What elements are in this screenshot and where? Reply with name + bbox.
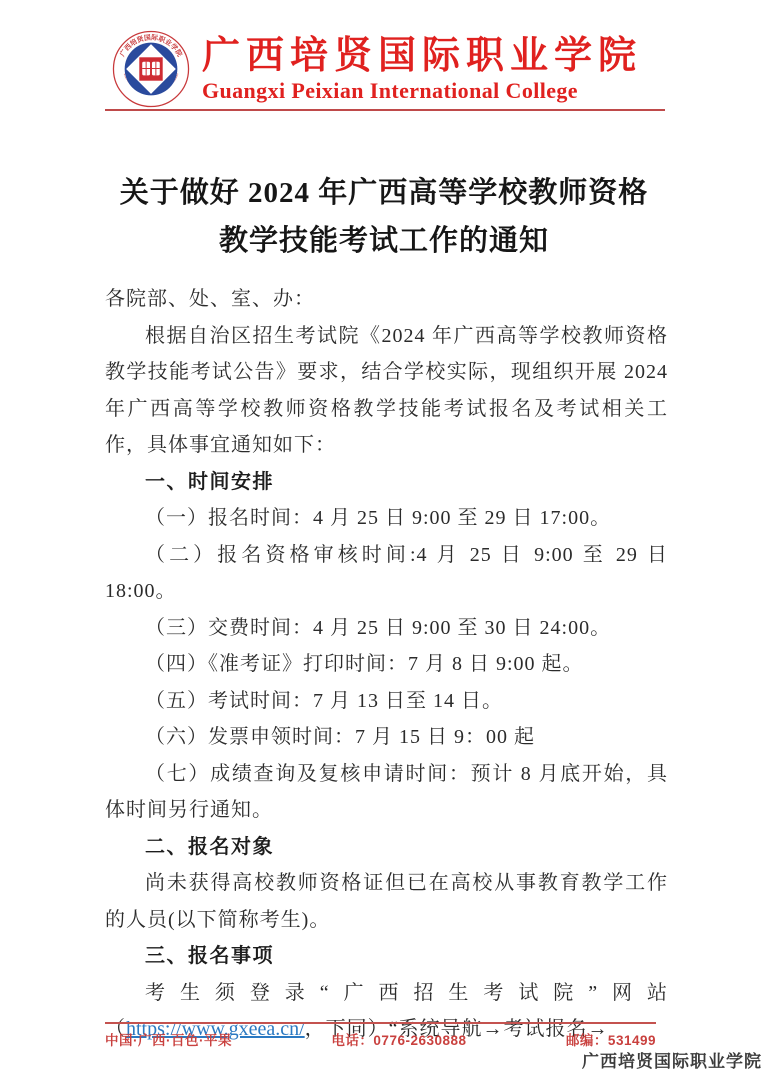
section-heading-2: 二、报名对象 [105,829,668,866]
schedule-item-2: （二）报名资格审核时间:4 月 25 日 9:00 至 29 日 18:00。 [105,537,668,610]
document-title-line2: 教学技能考试工作的通知 [100,217,668,265]
college-name-zh: 广西培贤国际职业学院 [202,34,642,78]
college-names: 广西培贤国际职业学院 Guangxi Peixian International… [202,34,642,104]
schedule-item-7: （七）成绩查询及复核申请时间：预计 8 月底开始，具体时间另行通知。 [105,756,668,829]
schedule-item-6: （六）发票申领时间：7 月 15 日 9：00 起 [105,719,668,756]
footer-location: 中国·广西·百色·平果 [105,1029,232,1049]
intro-paragraph: 根据自治区招生考试院《2024 年广西高等学校教师资格教学技能考试公告》要求，结… [105,318,668,464]
eligibility-paragraph: 尚未获得高校教师资格证但已在高校从事教育教学工作的人员(以下简称考生)。 [105,865,668,938]
footer-phone: 电话：0776-2630888 [331,1029,466,1049]
document-title-line1: 关于做好 2024 年广西高等学校教师资格 [100,169,668,217]
schedule-item-3: （三）交费时间：4 月 25 日 9:00 至 30 日 24:00。 [105,610,668,647]
salutation: 各院部、处、室、办： [105,281,668,318]
letterhead: 广西培贤国际职业学院 GUANGXI PEIXIAN INTERNATIONAL… [112,30,642,108]
section-heading-1: 一、时间安排 [105,464,668,501]
document-body: 各院部、处、室、办： 根据自治区招生考试院《2024 年广西高等学校教师资格教学… [105,281,668,1048]
corner-watermark: 广西培贤国际职业学院 [582,1047,762,1072]
footer: 中国·广西·百色·平果 电话：0776-2630888 邮编：531499 [105,1029,656,1049]
college-name-en: Guangxi Peixian International College [202,78,642,104]
section-heading-3: 三、报名事项 [105,938,668,975]
college-logo-icon: 广西培贤国际职业学院 GUANGXI PEIXIAN INTERNATIONAL… [112,30,190,108]
footer-postcode: 邮编：531499 [566,1029,656,1049]
college-emblem-icon: 广西培贤国际职业学院 GUANGXI PEIXIAN INTERNATIONAL… [112,30,190,108]
schedule-item-4: （四）《准考证》打印时间：7 月 8 日 9:00 起。 [105,646,668,683]
footer-divider [105,1022,656,1024]
letterhead-divider [105,109,665,111]
document-page: 广西培贤国际职业学院 GUANGXI PEIXIAN INTERNATIONAL… [0,0,764,1080]
schedule-item-5: （五）考试时间：7 月 13 日至 14 日。 [105,683,668,720]
schedule-item-1: （一）报名时间：4 月 25 日 9:00 至 29 日 17:00。 [105,500,668,537]
document-title: 关于做好 2024 年广西高等学校教师资格 教学技能考试工作的通知 [100,169,668,265]
